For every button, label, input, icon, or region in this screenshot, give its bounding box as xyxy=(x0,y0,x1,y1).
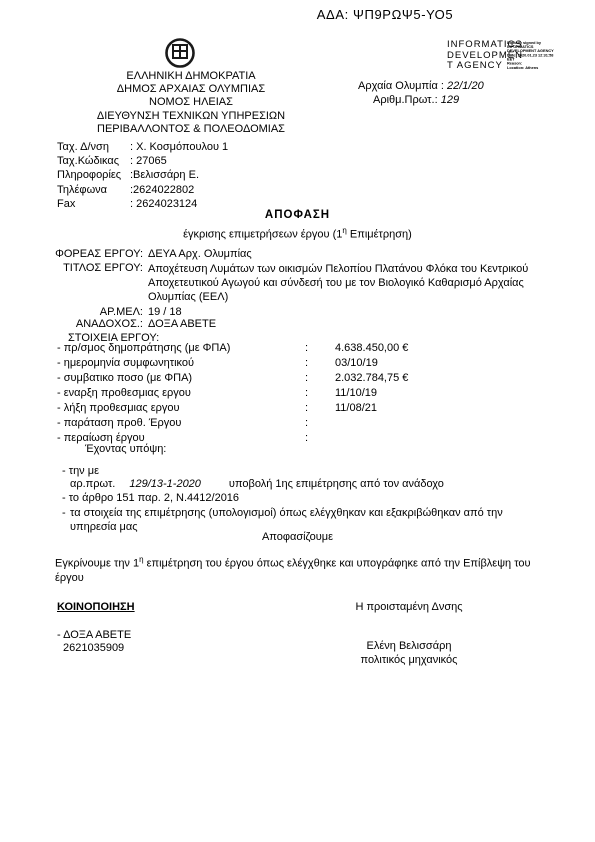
hellenic-republic-emblem-icon xyxy=(163,36,197,70)
detail-colon: : xyxy=(305,372,335,387)
detail-row-budget: - πρ/σμος δημοπράτησης (με ΦΠΑ) : 4.638.… xyxy=(57,342,408,357)
project-title-value: Αποχέτευση Λυμάτων των οικισμών Πελοπίου… xyxy=(148,262,542,304)
detail-colon: : xyxy=(305,357,335,372)
detail-colon: : xyxy=(305,432,335,447)
contact-value: : Χ. Κοσμόπουλου 1 xyxy=(130,140,228,154)
protocol-number: 129 xyxy=(441,94,459,106)
decision-subtitle-text: Επιμέτρηση) xyxy=(347,229,412,241)
detail-label: - συμβατικο ποσο (με ΦΠΑ) xyxy=(57,372,305,387)
detail-colon: : xyxy=(305,387,335,402)
contact-row-phone: Τηλέφωνα :2624022802 xyxy=(57,183,228,197)
signature-line: Location: Athens xyxy=(507,66,593,70)
contact-info: Ταχ. Δ/νση : Χ. Κοσμόπουλου 1 Ταχ.Κώδικα… xyxy=(57,140,228,211)
detail-label: - εναρξη προθεσμιας εργου xyxy=(57,387,305,402)
place-label: Αρχαία Ολυμπία : xyxy=(358,80,444,92)
contact-label: Τηλέφωνα xyxy=(57,183,130,197)
project-contractor-row: ΑΝΑΔΟΧΟΣ.: ΔΟΞΑ ΑΒΕΤΕ xyxy=(0,318,560,330)
project-contractor-label: ΑΝΑΔΟΧΟΣ.: xyxy=(0,318,143,330)
project-study-value: 19 / 18 xyxy=(148,306,182,318)
detail-label: - λήξη προθεσμιας εργου xyxy=(57,402,305,417)
header-line-municipality: ΔΗΜΟΣ ΑΡΧΑΙΑΣ ΟΛΥΜΠΙΑΣ xyxy=(40,83,342,96)
detail-label: - παράταση προθ. Έργου xyxy=(57,417,305,432)
contact-value: :Βελισσάρη Ε. xyxy=(130,168,199,182)
verdict-heading: Αποφασίζουμε xyxy=(0,531,595,543)
project-agency-value: ΔΕΥΑ Αρχ. Ολυμπίας xyxy=(148,248,252,260)
digital-signature-details: Digitally signed by INFORMATICS DEVELOPM… xyxy=(507,41,593,83)
contact-label: Ταχ. Δ/νση xyxy=(57,140,130,154)
distribution-item: - ΔΟΞΑ ΑΒΕΤΕ xyxy=(57,629,131,641)
protocol-line: Αριθμ.Πρωτ.: 129 xyxy=(373,94,459,106)
bullet-dash: - xyxy=(62,507,66,521)
detail-row-agreement-date: - ημερομηνία συμφωνητικού : 03/10/19 xyxy=(57,357,408,372)
contact-row-information: Πληροφορίες :Βελισσάρη Ε. xyxy=(57,168,228,182)
decision-subtitle-text: έγκρισης επιμετρήσεων έργου (1 xyxy=(183,229,342,241)
ada-line: ΑΔΑ: ΨΠ9ΡΩΨ5-ΥΟ5 xyxy=(0,7,595,22)
signer-name: Ελένη Βελισσάρη xyxy=(330,640,488,652)
approval-text: Εγκρίνουμε την 1 xyxy=(55,558,139,570)
approval-paragraph: Εγκρίνουμε την 1η επιμέτρηση του έργου ό… xyxy=(55,553,560,586)
considering-item-1-detail: αρ.πρωτ.129/13-1-2020υποβολή 1ης επιμέτρ… xyxy=(70,478,444,490)
detail-colon: : xyxy=(305,402,335,417)
detail-value: 11/10/19 xyxy=(335,387,408,402)
project-agency-row: ΦΟΡΕΑΣ ΕΡΓΟΥ: ΔΕΥΑ Αρχ. Ολυμπίας xyxy=(0,248,560,260)
contact-value: : 27065 xyxy=(130,154,167,168)
detail-row-end-date: - λήξη προθεσμιας εργου : 11/08/21 xyxy=(57,402,408,417)
decision-title: ΑΠΟΦΑΣΗ xyxy=(0,209,595,221)
detail-value: 11/08/21 xyxy=(335,402,408,417)
considering-item-3: - τα στοιχεία της επιμέτρησης (υπολογισμ… xyxy=(62,507,524,534)
project-contractor-value: ΔΟΞΑ ΑΒΕΤΕ xyxy=(148,318,216,330)
detail-value xyxy=(335,417,408,432)
considering-heading: Έχοντας υπόψη: xyxy=(85,443,166,455)
considering-ref-number: 129/13-1-2020 xyxy=(129,478,201,490)
detail-value: 4.638.450,00 € xyxy=(335,342,408,357)
signer-title: Η προισταμένη Δνσης xyxy=(330,601,488,613)
distribution-phone: 2621035909 xyxy=(63,642,124,654)
place-date-value: 22/1/20 xyxy=(447,80,484,92)
considering-item-3-text: τα στοιχεία της επιμέτρησης (υπολογισμοί… xyxy=(62,507,524,534)
project-details-table: - πρ/σμος δημοπράτησης (με ΦΠΑ) : 4.638.… xyxy=(57,342,408,447)
decision-subtitle: έγκρισης επιμετρήσεων έργου (1η Επιμέτρη… xyxy=(0,226,595,241)
header-line-prefecture: ΝΟΜΟΣ ΗΛΕΙΑΣ xyxy=(40,96,342,109)
project-agency-label: ΦΟΡΕΑΣ ΕΡΓΟΥ: xyxy=(0,248,143,260)
place-date-line: Αρχαία Ολυμπία : 22/1/20 xyxy=(358,80,484,92)
detail-colon: : xyxy=(305,417,335,432)
project-title-label: ΤΙΤΛΟΣ ΕΡΓΟΥ: xyxy=(0,262,143,274)
considering-ref-label: αρ.πρωτ. xyxy=(70,478,115,490)
signer-role: πολιτικός μηχανικός xyxy=(330,654,488,666)
considering-item-2: - το άρθρο 151 παρ. 2, Ν.4412/2016 xyxy=(62,492,239,504)
detail-row-contract-amount: - συμβατικο ποσο (με ΦΠΑ) : 2.032.784,75… xyxy=(57,372,408,387)
header-line-directorate2: ΠΕΡΙΒΑΛΛΟΝΤΟΣ & ΠΟΛΕΟΔΟΜΙΑΣ xyxy=(40,123,342,136)
detail-colon: : xyxy=(305,342,335,357)
contact-row-address: Ταχ. Δ/νση : Χ. Κοσμόπουλου 1 xyxy=(57,140,228,154)
detail-label: - ημερομηνία συμφωνητικού xyxy=(57,357,305,372)
protocol-label: Αριθμ.Πρωτ.: xyxy=(373,94,438,106)
contact-value: :2624022802 xyxy=(130,183,194,197)
header-organisation: ΕΛΛΗΝΙΚΗ ΔΗΜΟΚΡΑΤΙΑ ΔΗΜΟΣ ΑΡΧΑΙΑΣ ΟΛΥΜΠΙ… xyxy=(40,70,342,136)
document-page: ΑΔΑ: ΨΠ9ΡΩΨ5-ΥΟ5 ΕΛΛΗΝΙΚΗ ΔΗΜΟΚΡΑΤΙΑ ΔΗΜ… xyxy=(0,0,595,842)
contact-row-postcode: Ταχ.Κώδικας : 27065 xyxy=(57,154,228,168)
distribution-heading: ΚΟΙΝΟΠΟΙΗΣΗ xyxy=(57,601,135,613)
detail-row-extension: - παράταση προθ. Έργου : xyxy=(57,417,408,432)
considering-ref-text: υποβολή 1ης επιμέτρησης από τον ανάδοχο xyxy=(229,478,444,490)
project-study-row: ΑΡ.ΜΕΛ: 19 / 18 xyxy=(0,306,560,318)
detail-value xyxy=(335,432,408,447)
project-study-label: ΑΡ.ΜΕΛ: xyxy=(0,306,143,318)
detail-value: 03/10/19 xyxy=(335,357,408,372)
detail-label: - πρ/σμος δημοπράτησης (με ΦΠΑ) xyxy=(57,342,305,357)
contact-label: Πληροφορίες xyxy=(57,168,130,182)
ada-number: ΑΔΑ: ΨΠ9ΡΩΨ5-ΥΟ5 xyxy=(317,7,453,22)
detail-row-start-date: - εναρξη προθεσμιας εργου : 11/10/19 xyxy=(57,387,408,402)
header-line-directorate: ΔΙΕΥΘΥΝΣΗ ΤΕΧΝΙΚΩΝ ΥΠΗΡΕΣΙΩΝ xyxy=(40,110,342,123)
considering-item-1: - την με xyxy=(62,465,99,477)
contact-label: Ταχ.Κώδικας xyxy=(57,154,130,168)
header-line-republic: ΕΛΛΗΝΙΚΗ ΔΗΜΟΚΡΑΤΙΑ xyxy=(40,70,342,83)
detail-value: 2.032.784,75 € xyxy=(335,372,408,387)
